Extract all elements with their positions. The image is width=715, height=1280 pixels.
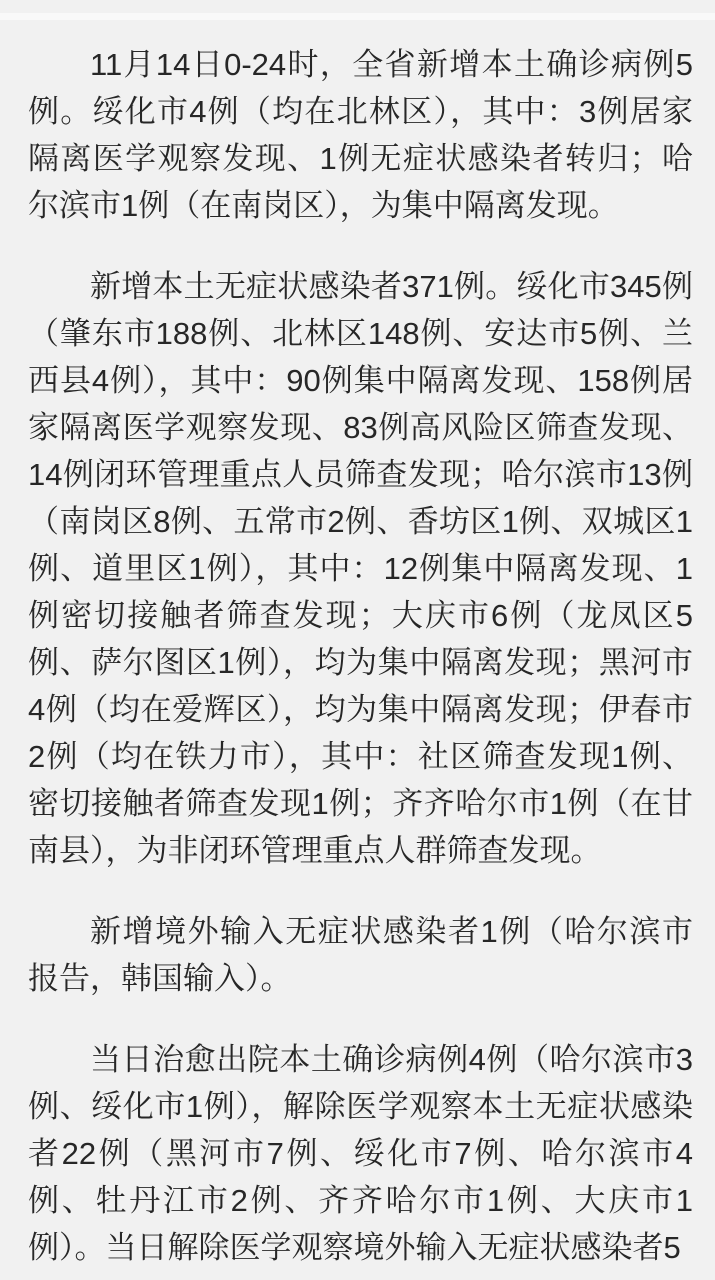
screenshot-seam xyxy=(0,13,715,20)
bulletin-page: 11月14日0-24时，全省新增本土确诊病例5例。绥化市4例（均在北林区），其中… xyxy=(0,0,715,1280)
paragraph-imported-asymptomatic-case: 新增境外输入无症状感染者1例（哈尔滨市报告，韩国输入）。 xyxy=(28,908,693,1002)
paragraph-new-confirmed-cases: 11月14日0-24时，全省新增本土确诊病例5例。绥化市4例（均在北林区），其中… xyxy=(28,41,693,229)
paragraph-new-asymptomatic-cases: 新增本土无症状感染者371例。绥化市345例（肇东市188例、北林区148例、安… xyxy=(28,263,693,874)
paragraph-recovered-and-released-cases: 当日治愈出院本土确诊病例4例（哈尔滨市3例、绥化市1例），解除医学观察本土无症状… xyxy=(28,1036,693,1271)
